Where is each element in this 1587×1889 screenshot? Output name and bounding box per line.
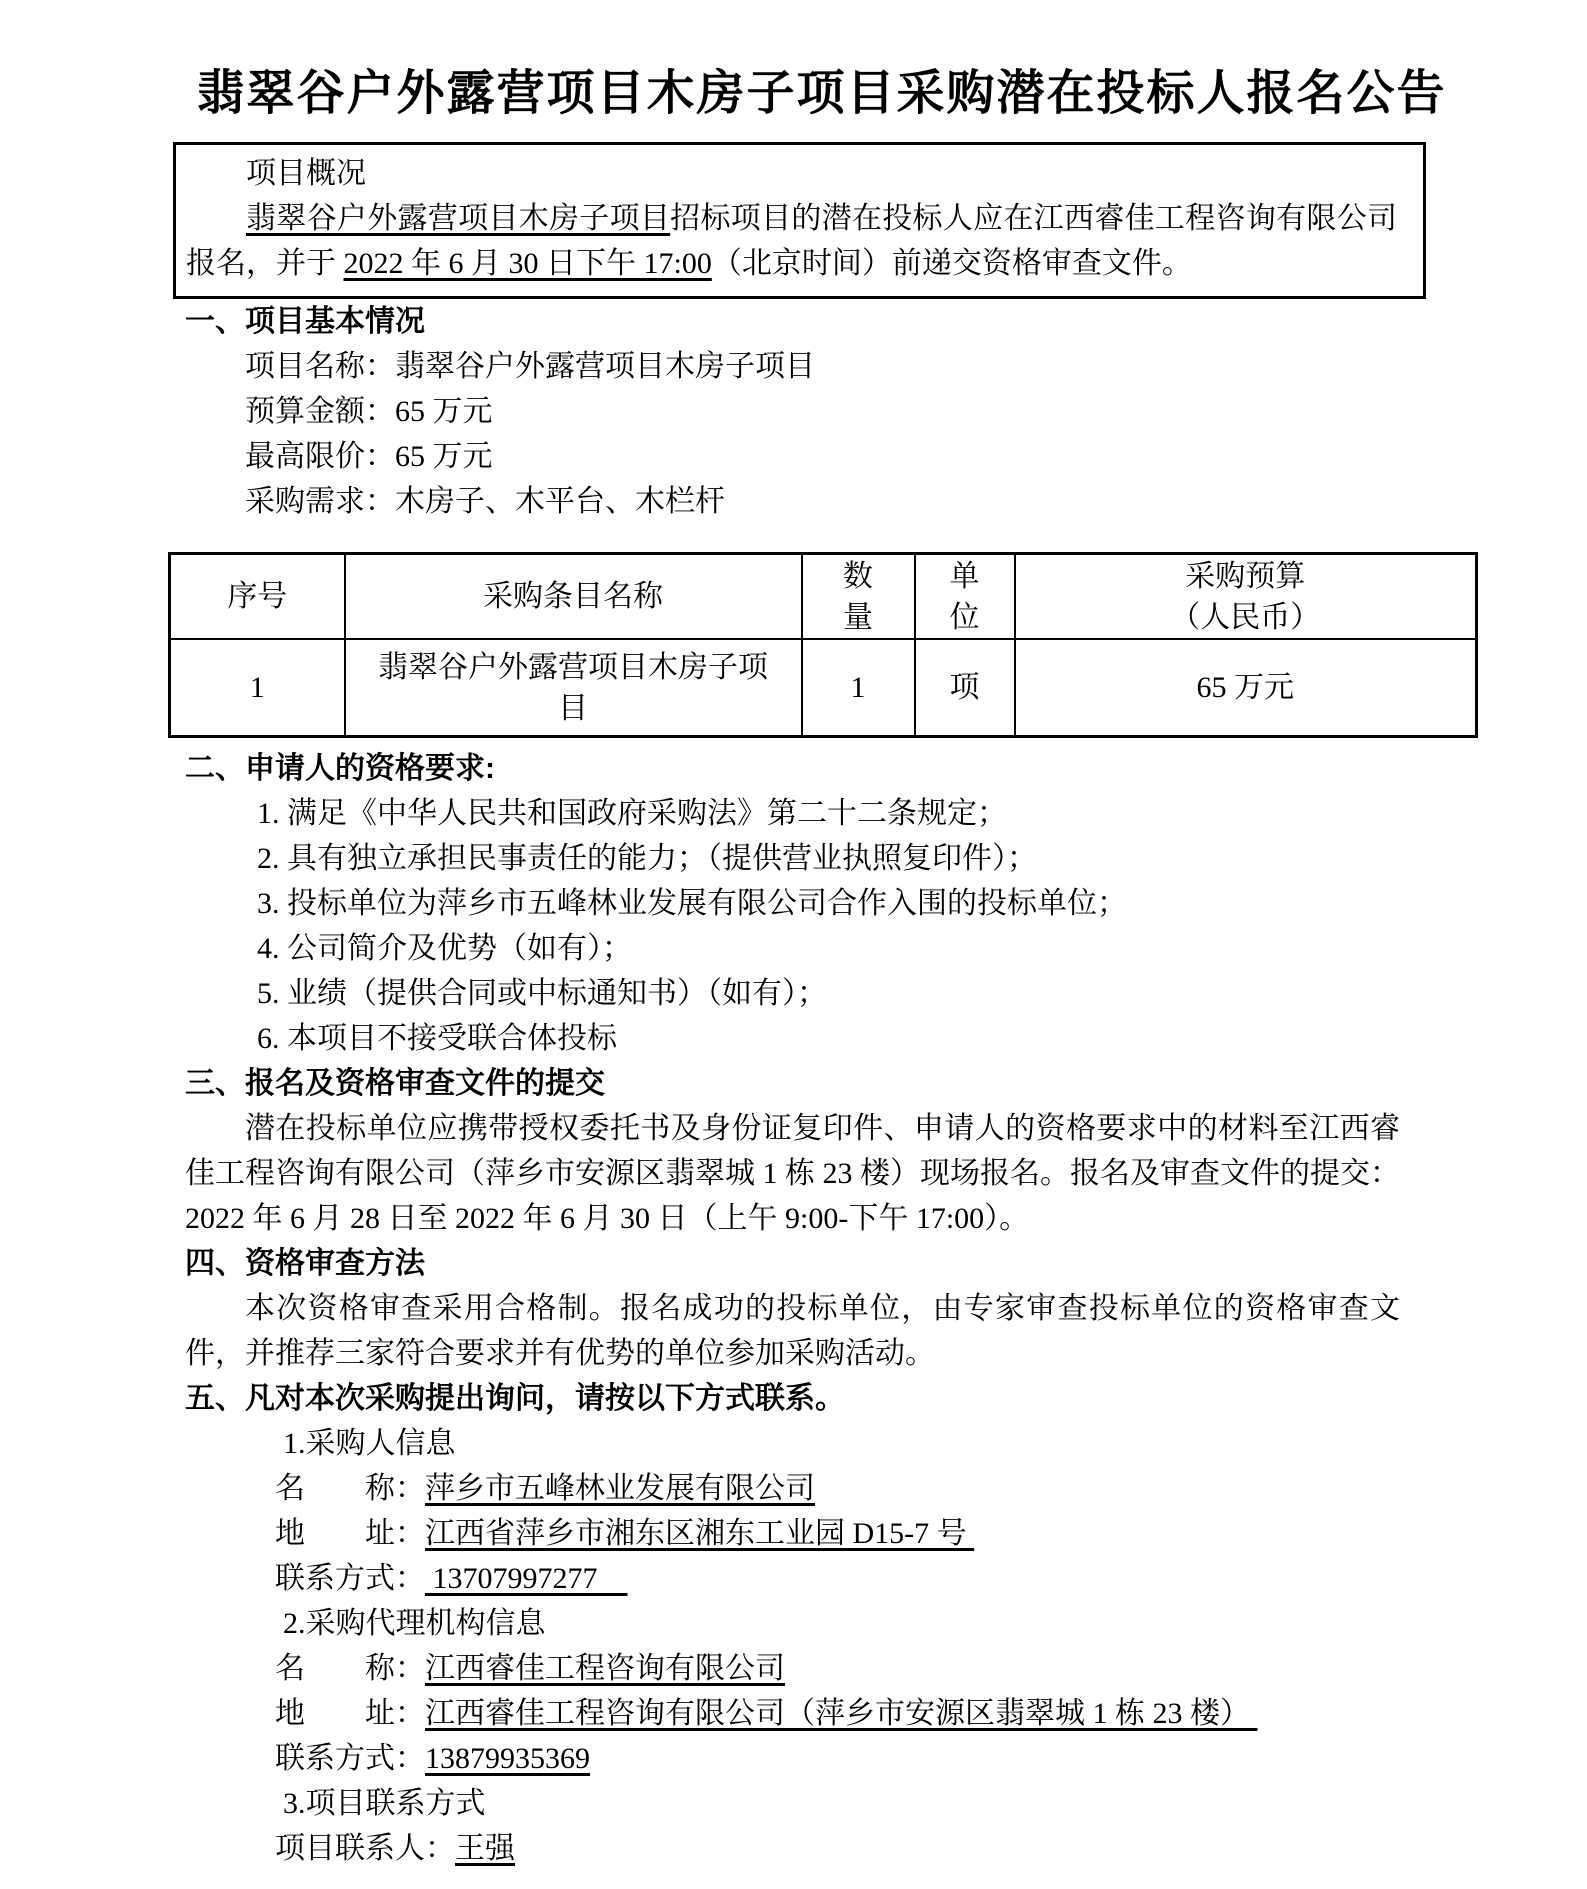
contact-row-agency-phone: 联系方式：13879935369 bbox=[275, 1736, 1475, 1781]
contact-label: 项目联系人： bbox=[275, 1832, 455, 1865]
section-heading-5: 五、凡对本次采购提出询问，请按以下方式联系。 bbox=[185, 1376, 1475, 1421]
contact-label: 联系方式： bbox=[275, 1562, 425, 1595]
header-quantity: 数量 bbox=[802, 554, 915, 640]
submission-paragraph: 潜在投标单位应携带授权委托书及身份证复印件、申请人的资格要求中的材料至江西睿佳工… bbox=[185, 1106, 1400, 1241]
procurement-table: 序号 采购条目名称 数量 单位 采购预算 （人民币） 1 翡翠谷户外露营项目木房… bbox=[168, 552, 1478, 738]
qualification-item: 5. 业绩（提供合同或中标通知书）（如有）； bbox=[185, 971, 1400, 1016]
contact-row-agency-address: 地 址：江西睿佳工程咨询有限公司（萍乡市安源区翡翠城 1 栋 23 楼） bbox=[275, 1691, 1475, 1736]
contact-row-purchaser-phone: 联系方式： 13707997277 bbox=[275, 1556, 1475, 1601]
cell-unit: 项 bbox=[915, 639, 1015, 737]
project-name-line: 项目名称：翡翠谷户外露营项目木房子项目 bbox=[185, 344, 1400, 389]
announcement-document: 翡翠谷户外露营项目木房子项目采购潜在投标人报名公告 项目概况 翡翠谷户外露营项目… bbox=[0, 0, 1587, 1871]
contact-label: 地 址： bbox=[275, 1697, 425, 1730]
header-item-name: 采购条目名称 bbox=[345, 554, 802, 640]
section-heading-3: 三、报名及资格审查文件的提交 bbox=[185, 1061, 1475, 1106]
qualification-item: 6. 本项目不接受联合体投标 bbox=[185, 1016, 1400, 1061]
cell-quantity: 1 bbox=[802, 639, 915, 737]
table-header-row: 序号 采购条目名称 数量 单位 采购预算 （人民币） bbox=[170, 554, 1477, 640]
price-limit-line: 最高限价：65 万元 bbox=[185, 434, 1400, 479]
contact-value: 江西睿佳工程咨询有限公司（萍乡市安源区翡翠城 1 栋 23 楼） bbox=[425, 1697, 1258, 1730]
contact-value: 王强 bbox=[455, 1832, 515, 1865]
contact-row-agency-name: 名 称：江西睿佳工程咨询有限公司 bbox=[275, 1646, 1475, 1691]
cell-budget: 65 万元 bbox=[1015, 639, 1477, 737]
contact-label: 名 称： bbox=[275, 1472, 425, 1505]
header-budget: 采购预算 （人民币） bbox=[1015, 554, 1477, 640]
contact-row-project-person: 项目联系人：王强 bbox=[275, 1826, 1475, 1871]
qualification-item: 4. 公司简介及优势（如有）； bbox=[185, 926, 1400, 971]
header-seq: 序号 bbox=[170, 554, 345, 640]
deadline-underlined: 2022 年 6 月 30 日下午 17:00 bbox=[344, 247, 712, 280]
qualification-item: 2. 具有独立承担民事责任的能力；（提供营业执照复印件）； bbox=[185, 836, 1400, 881]
contact-value: 江西省萍乡市湘东区湘东工业园 D15-7 号 bbox=[425, 1517, 974, 1550]
cell-item-name: 翡翠谷户外露营项目木房子项目 bbox=[345, 639, 802, 737]
section-heading-4: 四、资格审查方法 bbox=[185, 1241, 1475, 1286]
section-heading-2: 二、申请人的资格要求: bbox=[185, 746, 1475, 791]
review-method-paragraph: 本次资格审查采用合格制。报名成功的投标单位，由专家审查投标单位的资格审查文件，并… bbox=[185, 1286, 1400, 1376]
contact-value: 江西睿佳工程咨询有限公司 bbox=[425, 1652, 785, 1685]
contact-value: 13879935369 bbox=[425, 1742, 590, 1775]
contact-label: 地 址： bbox=[275, 1517, 425, 1550]
project-name-underlined: 翡翠谷户外露营项目木房子项目 bbox=[246, 202, 670, 235]
overview-box: 项目概况 翡翠谷户外露营项目木房子项目招标项目的潜在投标人应在江西睿佳工程咨询有… bbox=[173, 142, 1426, 299]
overview-heading: 项目概况 bbox=[186, 151, 1397, 196]
section-heading-1: 一、项目基本情况 bbox=[185, 299, 1475, 344]
overview-paragraph: 翡翠谷户外露营项目木房子项目招标项目的潜在投标人应在江西睿佳工程咨询有限公司报名… bbox=[186, 196, 1397, 286]
contact-label: 联系方式： bbox=[275, 1742, 425, 1775]
page-title: 翡翠谷户外露营项目木房子项目采购潜在投标人报名公告 bbox=[168, 60, 1475, 128]
contact-value: 13707997277 bbox=[425, 1562, 628, 1595]
header-unit: 单位 bbox=[915, 554, 1015, 640]
procurement-demand-line: 采购需求：木房子、木平台、木栏杆 bbox=[185, 479, 1400, 524]
budget-line: 预算金额：65 万元 bbox=[185, 389, 1400, 434]
contact-label: 名 称： bbox=[275, 1652, 425, 1685]
contact-group-title-project: 3.项目联系方式 bbox=[283, 1781, 1475, 1826]
contact-row-purchaser-name: 名 称：萍乡市五峰林业发展有限公司 bbox=[275, 1466, 1475, 1511]
table-data-row: 1 翡翠谷户外露营项目木房子项目 1 项 65 万元 bbox=[170, 639, 1477, 737]
contact-group-title-agency: 2.采购代理机构信息 bbox=[283, 1601, 1475, 1646]
qualification-item: 1. 满足《中华人民共和国政府采购法》第二十二条规定； bbox=[185, 791, 1400, 836]
contact-row-purchaser-address: 地 址：江西省萍乡市湘东区湘东工业园 D15-7 号 bbox=[275, 1511, 1475, 1556]
cell-seq: 1 bbox=[170, 639, 345, 737]
contact-value: 萍乡市五峰林业发展有限公司 bbox=[425, 1472, 815, 1505]
qualification-item: 3. 投标单位为萍乡市五峰林业发展有限公司合作入围的投标单位； bbox=[185, 881, 1400, 926]
contact-group-title-purchaser: 1.采购人信息 bbox=[283, 1421, 1475, 1466]
overview-text-2: （北京时间）前递交资格审查文件。 bbox=[712, 247, 1192, 280]
